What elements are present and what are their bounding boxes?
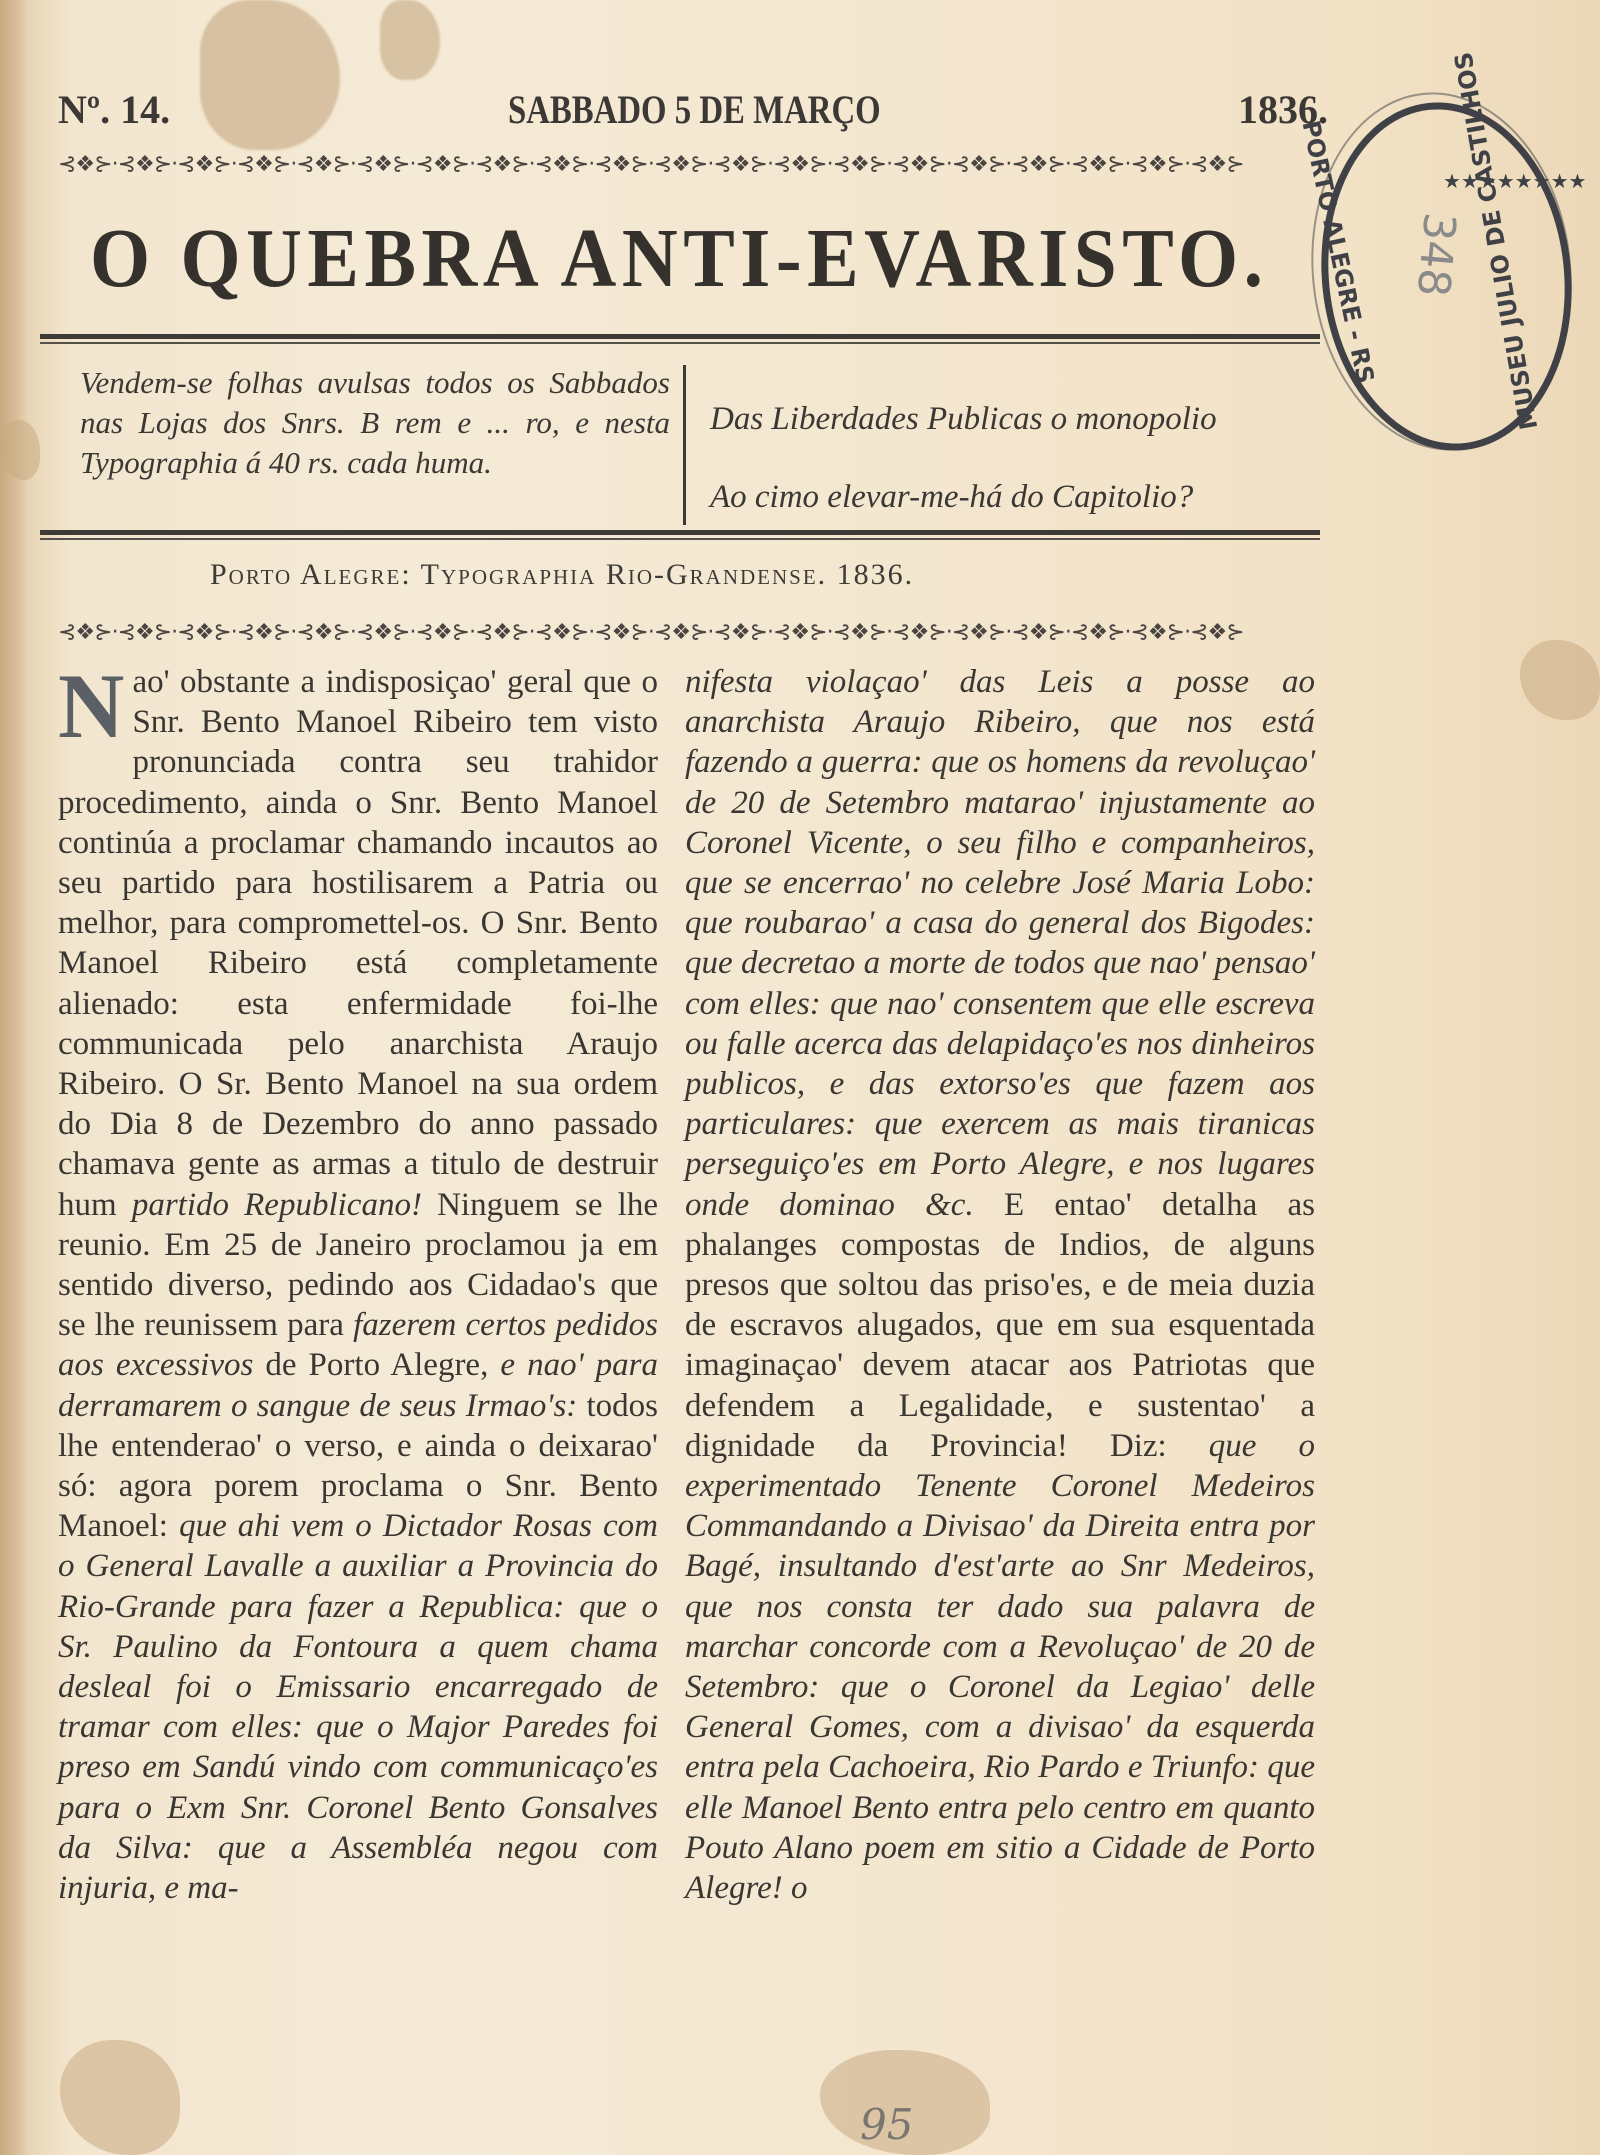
paper-damage xyxy=(60,2040,180,2155)
text-run: ao' obstante a indisposiçao' geral que o… xyxy=(58,664,658,1223)
article-text-left: Nao' obstante a indisposiçao' geral que … xyxy=(58,662,658,1908)
stamp-stars-icon: ★★★★★★★★ xyxy=(1443,170,1473,194)
drop-cap: N xyxy=(58,668,124,744)
article-column-right: nifesta violaçao' das Leis a posse ao an… xyxy=(685,662,1315,1908)
handwritten-catalog-number: 348 xyxy=(1407,211,1465,299)
text-run: de Porto Alegre, xyxy=(253,1347,500,1383)
rule-thick xyxy=(40,530,1320,535)
rule-thick xyxy=(40,334,1320,339)
rule-thin xyxy=(40,538,1320,540)
column-divider xyxy=(683,365,686,525)
rule-thin xyxy=(40,342,1320,344)
imprint: Porto Alegre: Typographia Rio-Grandense.… xyxy=(210,558,914,592)
handwritten-mark: 95 xyxy=(860,2100,913,2149)
text-run: nifesta violaçao' das Leis a posse ao an… xyxy=(685,664,1315,1223)
newspaper-title: O QUEBRA ANTI-EVARISTO. xyxy=(90,210,1194,307)
motto-line-2: Ao cimo elevar-me-há do Capitolio? xyxy=(710,458,1330,536)
text-run: E entao' detalha as phalanges compostas … xyxy=(685,1187,1315,1464)
motto: Das Liberdades Publicas o monopolio Ao c… xyxy=(710,380,1330,536)
text-run: que o experimentado Tenente Coronel Mede… xyxy=(685,1428,1315,1906)
text-run: partido Republicano! xyxy=(132,1187,422,1223)
article-text-right: nifesta violaçao' das Leis a posse ao an… xyxy=(685,662,1315,1908)
newspaper-page: Nº. 14. SABBADO 5 DE MARÇO 1836. ⊰❖⊱·⊰❖⊱… xyxy=(0,0,1600,2155)
masthead-row: Nº. 14. SABBADO 5 DE MARÇO 1836. xyxy=(58,86,1328,136)
text-run: que ahi vem o Dictador Rosas com o Gener… xyxy=(58,1508,658,1906)
issue-date: SABBADO 5 DE MARÇO xyxy=(508,86,881,133)
issue-number: Nº. 14. xyxy=(58,86,170,133)
paper-damage xyxy=(1520,640,1600,720)
ornamental-rule-bottom: ⊰❖⊱·⊰❖⊱·⊰❖⊱·⊰❖⊱·⊰❖⊱·⊰❖⊱·⊰❖⊱·⊰❖⊱·⊰❖⊱·⊰❖⊱·… xyxy=(58,620,1328,646)
sales-notice: Vendem-se folhas avulsas todos os Sabbad… xyxy=(80,363,670,483)
paper-damage xyxy=(380,0,440,80)
motto-line-1: Das Liberdades Publicas o monopolio xyxy=(710,380,1330,458)
paper-edge xyxy=(0,0,28,2155)
article-column-left: Nao' obstante a indisposiçao' geral que … xyxy=(58,662,658,1908)
ornamental-rule-top: ⊰❖⊱·⊰❖⊱·⊰❖⊱·⊰❖⊱·⊰❖⊱·⊰❖⊱·⊰❖⊱·⊰❖⊱·⊰❖⊱·⊰❖⊱·… xyxy=(58,152,1328,178)
